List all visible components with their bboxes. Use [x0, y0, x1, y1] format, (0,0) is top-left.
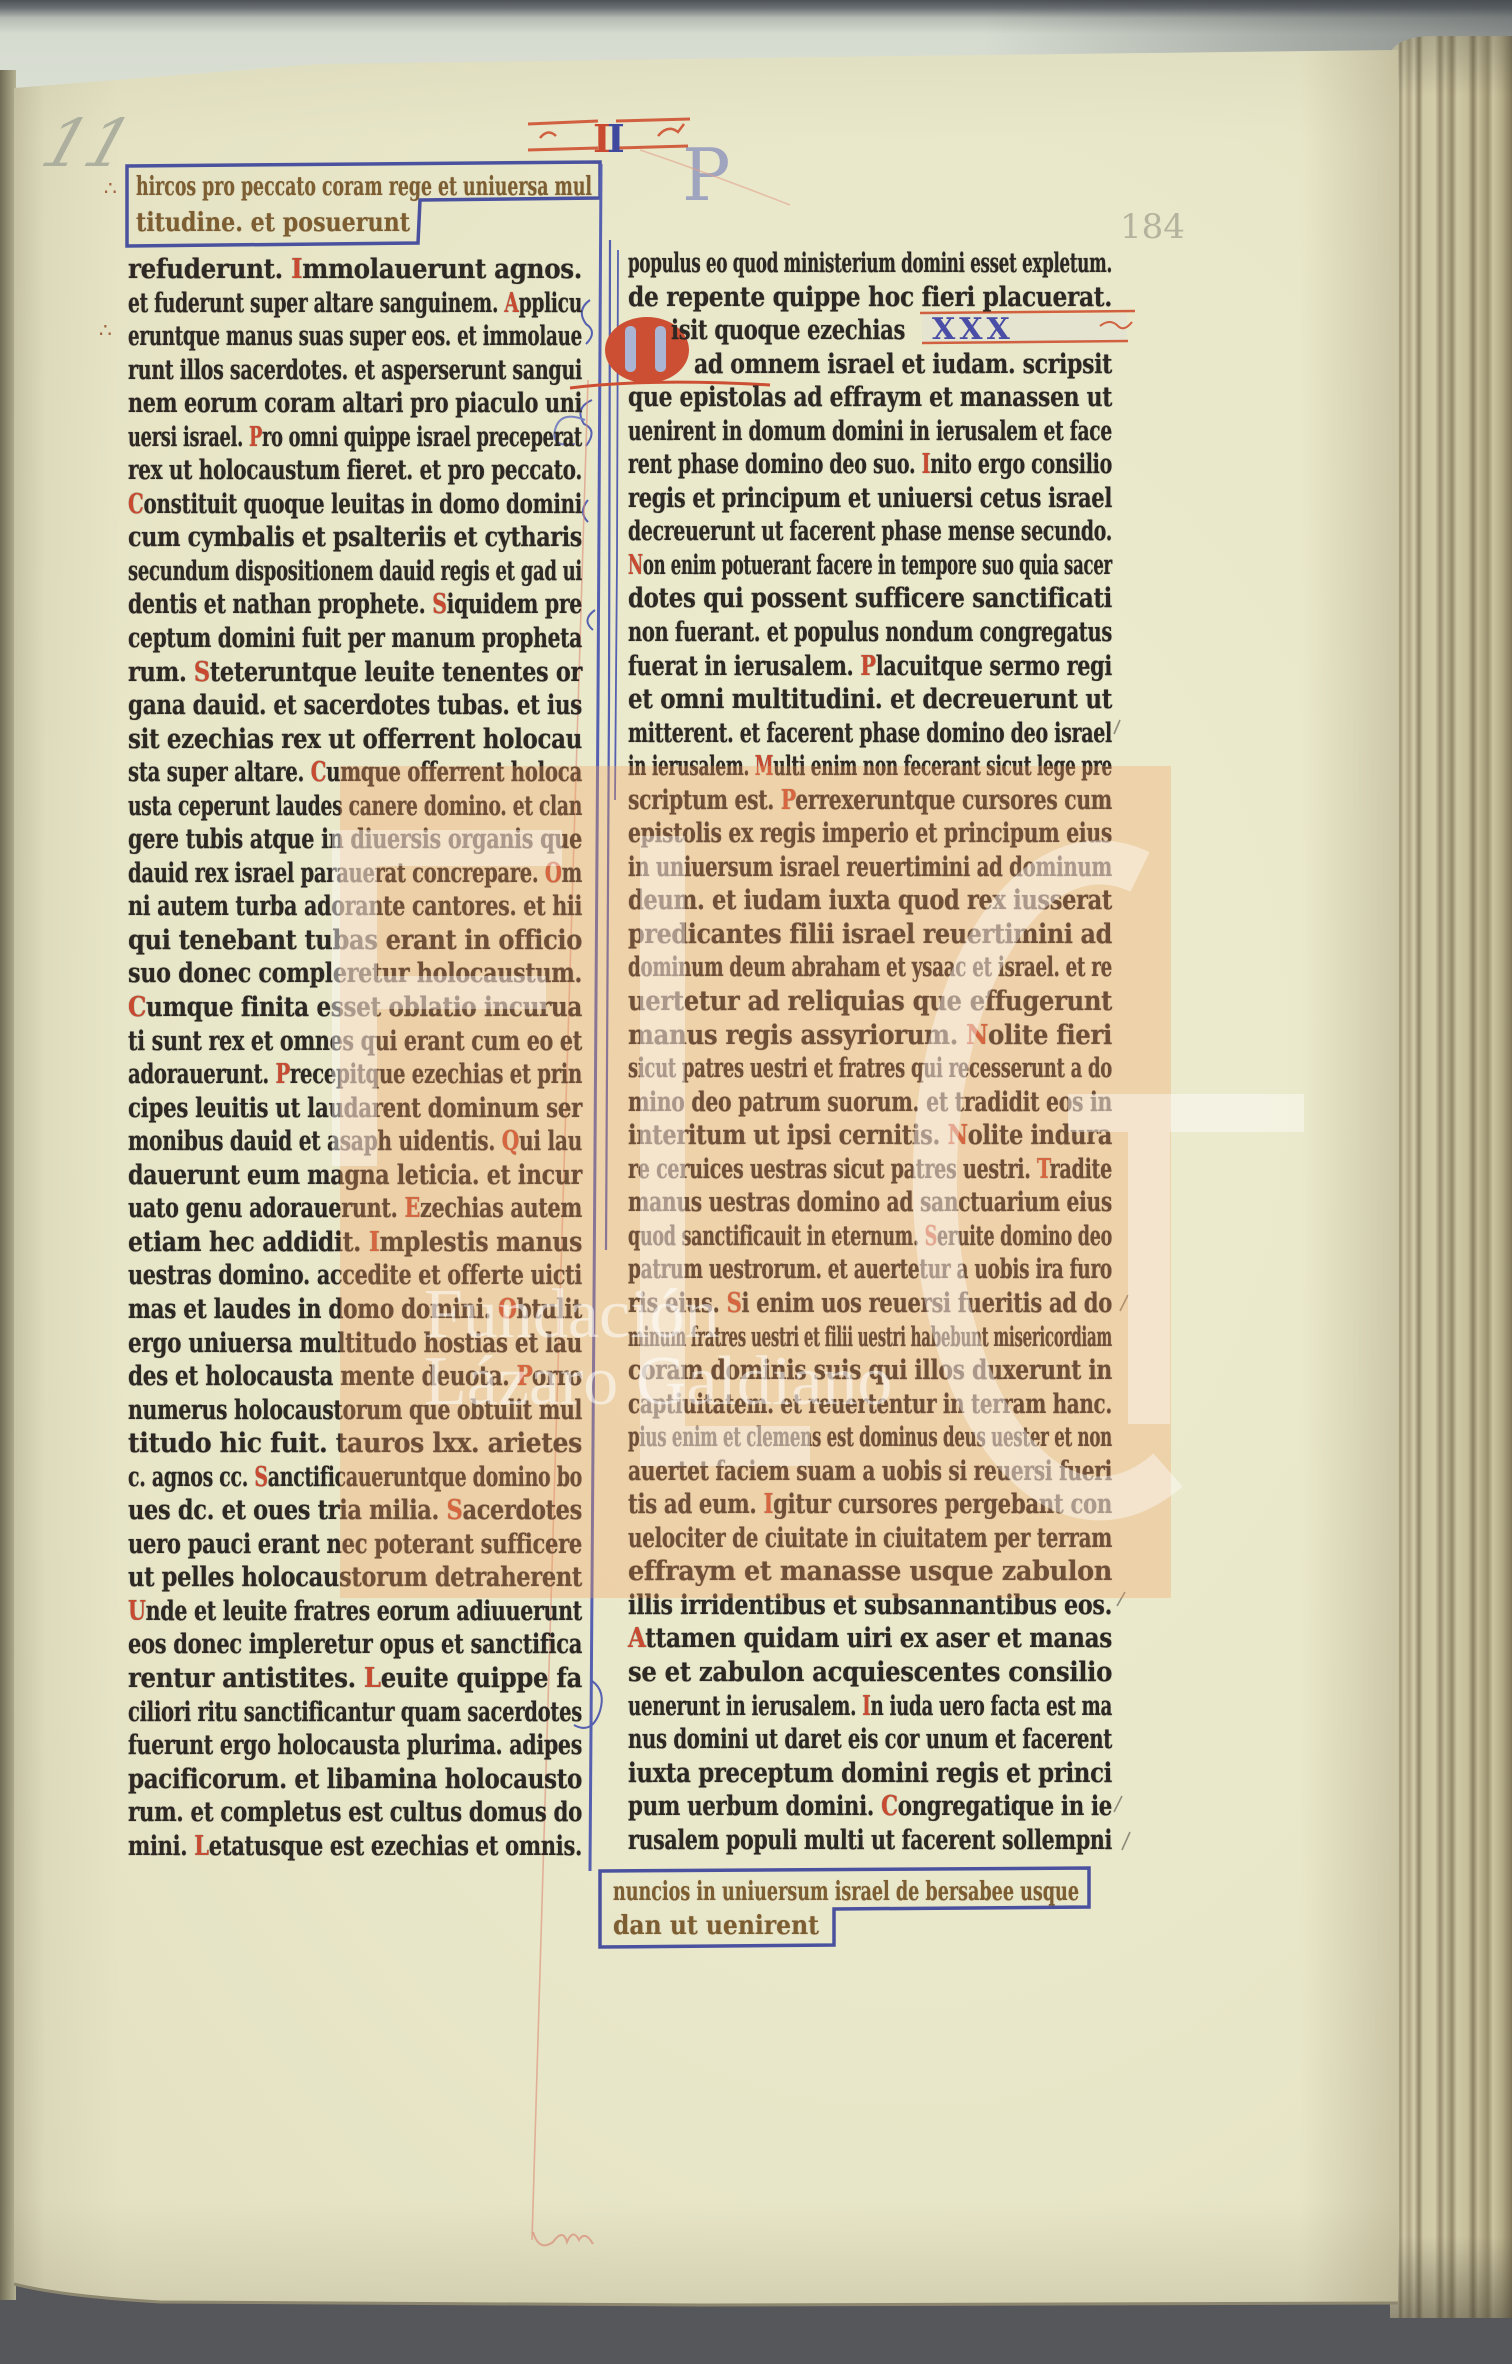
line-text: in uniuersum israel reuertimini ad domin… — [628, 851, 1112, 885]
top-insertion-line-1: hircos pro peccato coram rege et uniuers… — [136, 172, 592, 202]
text-line: re ceruices uestras sicut patres uestri.… — [628, 1153, 1112, 1187]
line-text: se et zabulon acquiescentes consilio — [628, 1656, 1112, 1690]
text-line: eos donec impleretur opus et sanctifica — [128, 1628, 582, 1662]
line-text: in ierusalem. Multi enim non fecerant si… — [628, 750, 1112, 784]
rubricated-letter: C — [881, 1791, 898, 1822]
text-line: uersi israel. Pro omni quippe israel pre… — [128, 421, 582, 455]
text-line: manus regis assyriorum. Nolite fieri — [628, 1019, 1112, 1053]
line-text: gere tubis atque in diuersis organis que — [128, 823, 582, 857]
rubricated-letter: P — [517, 1361, 532, 1392]
text-line: numerus holocaustorum que obtulit mul — [128, 1394, 582, 1428]
line-text: fuerunt ergo holocausta plurima. adipes — [128, 1729, 582, 1763]
rubricated-letter: M — [755, 751, 773, 782]
line-text: qui tenebant tubas erant in officio — [128, 924, 582, 958]
line-text: regis et principum et uniuersi cetus isr… — [628, 482, 1112, 516]
line-text: uero pauci erant nec poterant sufficere — [128, 1528, 582, 1562]
line-text: Non enim potuerant facere in tempore suo… — [628, 549, 1112, 583]
text-line: rent phase domino deo suo. Inito ergo co… — [628, 448, 1112, 482]
line-text: patrum uestrorum. et auertetur a uobis i… — [628, 1253, 1112, 1287]
line-text: de repente quippe hoc fieri placuerat. — [628, 281, 1112, 315]
text-line: runt illos sacerdotes. et asperserunt sa… — [128, 354, 582, 388]
text-line: in uniuersum israel reuertimini ad domin… — [628, 851, 1112, 885]
text-line: ceptum domini fuit per manum propheta — [128, 622, 582, 656]
bottom-insertion-line-1: nuncios in uniuersum israel de bersabee … — [613, 1877, 1079, 1907]
line-text: uertetur ad reliquias que effugerunt — [628, 985, 1112, 1019]
rubricated-letter: I — [291, 254, 302, 285]
rubricated-letter: C — [311, 757, 326, 788]
text-line: rum. et completus est cultus domus do — [128, 1796, 582, 1830]
rubricated-letter: S — [432, 589, 446, 620]
rubricated-letter: I — [763, 1489, 773, 1520]
line-text: pacificorum. et libamina holocausto — [128, 1763, 582, 1797]
line-text: monibus dauid et asaph uidentis. Qui lau — [128, 1125, 582, 1159]
line-text: dotes qui possent sufficere sanctificati — [628, 582, 1112, 616]
line-text: epistolis ex regis imperio et principum … — [628, 817, 1112, 851]
text-line: non fuerant. et populus nondum congregat… — [628, 616, 1112, 650]
line-text: ni autem turba adorante cantores. et hii — [128, 890, 582, 924]
line-text: rentur antistites. Leuite quippe fa — [128, 1662, 582, 1696]
line-text: minum fratres uestri et filii uestri hab… — [628, 1321, 1112, 1355]
line-text: gana dauid. et sacerdotes tubas. et ius — [128, 689, 582, 723]
line-text: nus domini ut daret eis cor unum et face… — [628, 1723, 1112, 1757]
line-text: re ceruices uestras sicut patres uestri.… — [628, 1153, 1112, 1187]
line-text: fuerat in ierusalem. Placuitque sermo re… — [628, 650, 1112, 684]
line-text: ergo uniuersa multitudo hostias et lau — [128, 1327, 582, 1361]
rubricated-letter: C — [128, 489, 144, 520]
line-text: deum. et iudam iuxta quod rex iusserat — [628, 884, 1112, 918]
line-text: captiuitatem. et reuertentur in terram h… — [628, 1388, 1112, 1422]
line-text: cipes leuitis ut laudarent dominum ser — [128, 1092, 582, 1126]
line-text: manus uestras domino ad sanctuarium eius — [628, 1186, 1112, 1220]
line-text: refuderunt. Immolauerunt agnos. — [128, 253, 582, 287]
line-text: rent phase domino deo suo. Inito ergo co… — [628, 448, 1112, 482]
line-text: scriptum est. Perrexeruntque cursores cu… — [628, 784, 1112, 818]
line-filler-marks — [1114, 720, 1130, 1850]
rubricated-letter: N — [966, 1020, 988, 1051]
line-text: tis ad eum. Igitur cursores pergebant co… — [628, 1488, 1112, 1522]
line-text: Unde et leuite fratres eorum adiuuerunt — [128, 1595, 582, 1629]
line-text: dominum deum abraham et ysaac et israel.… — [628, 951, 1112, 985]
text-line: uenirent in domum domini in ierusalem et… — [628, 415, 1112, 449]
text-line: suo donec compleretur holocaustum. — [128, 957, 582, 991]
rubricated-letter: L — [364, 1663, 381, 1694]
insertion-mark-box: ∴ — [104, 176, 117, 200]
line-text: sicut patres uestri et fratres qui reces… — [628, 1052, 1112, 1086]
text-line: Cumque finita esset oblatio incurua — [128, 991, 582, 1025]
line-text: ut pelles holocaustorum detraherent — [128, 1561, 582, 1595]
line-text: ues dc. et oues tria milia. Sacerdotes — [128, 1494, 582, 1528]
top-insertion-line-2: titudine. et posuerunt — [136, 208, 410, 238]
line-text: ciliori ritu sanctificantur quam sacerdo… — [128, 1696, 582, 1730]
line-text: decreuerunt ut facerent phase mense secu… — [628, 515, 1112, 549]
rubricated-letter: L — [194, 1831, 208, 1862]
line-text: manus regis assyriorum. Nolite fieri — [628, 1019, 1112, 1053]
text-line: nus domini ut daret eis cor unum et face… — [628, 1723, 1112, 1757]
line-text: adorauerunt. Precepitque ezechias et pri… — [128, 1058, 582, 1092]
text-line: dauerunt eum magna leticia. et incur — [128, 1159, 582, 1193]
line-text: uelociter de ciuitate in ciuitatem per t… — [628, 1522, 1112, 1556]
line-text: ceptum domini fuit per manum propheta — [128, 622, 582, 656]
line-text: illis irridentibus et subsannantibus eos… — [628, 1589, 1112, 1623]
rubricated-letter: O — [498, 1294, 517, 1325]
text-line: auertet faciem suam a uobis si reuersi f… — [628, 1455, 1112, 1489]
line-text: predicantes filii israel reuertimini ad — [628, 918, 1112, 952]
header-faint-letter: P — [682, 133, 730, 217]
text-line: predicantes filii israel reuertimini ad — [628, 918, 1112, 952]
rubricated-letter: Q — [502, 1126, 519, 1157]
rubricated-letter: S — [194, 657, 210, 688]
text-line: coram dominis suis qui illos duxerunt in — [628, 1354, 1112, 1388]
text-line: gere tubis atque in diuersis organis que — [128, 823, 582, 857]
text-line: tis ad eum. Igitur cursores pergebant co… — [628, 1488, 1112, 1522]
rubricated-letter: S — [727, 1288, 742, 1319]
text-line: ues dc. et oues tria milia. Sacerdotes — [128, 1494, 582, 1528]
text-line: cum cymbalis et psalteriis et cytharis — [128, 521, 582, 555]
text-line: ni autem turba adorante cantores. et hii — [128, 890, 582, 924]
line-text: runt illos sacerdotes. et asperserunt sa… — [128, 354, 582, 388]
text-line: rentur antistites. Leuite quippe fa — [128, 1662, 582, 1696]
rubricated-letter: P — [249, 422, 262, 453]
pencil-folio-number: 184 — [1120, 207, 1185, 247]
line-text: Cumque finita esset oblatio incurua — [128, 991, 582, 1025]
text-line: qui tenebant tubas erant in officio — [128, 924, 582, 958]
text-line: sit ezechias rex ut offerrent holocau — [128, 723, 582, 757]
text-line: uertetur ad reliquias que effugerunt — [628, 985, 1112, 1019]
rubricated-letter: U — [128, 1596, 146, 1627]
rubricated-letter: P — [275, 1059, 289, 1090]
text-line: etiam hec addidit. Implestis manus — [128, 1226, 582, 1260]
line-text: rum. Steteruntque leuite tenentes or — [128, 656, 582, 690]
text-line: dominum deum abraham et ysaac et israel.… — [628, 951, 1112, 985]
text-line: mitterent. et facerent phase domino deo … — [628, 717, 1112, 751]
text-line: ciliori ritu sanctificantur quam sacerdo… — [128, 1696, 582, 1730]
line-text: et fuderunt super altare sanguinem. Appl… — [128, 287, 582, 321]
text-line: uelociter de ciuitate in ciuitatem per t… — [628, 1522, 1112, 1556]
text-line: Unde et leuite fratres eorum adiuuerunt — [128, 1595, 582, 1629]
line-text: uenirent in domum domini in ierusalem et… — [628, 415, 1112, 449]
text-line: rex ut holocaustum fieret. et pro peccat… — [128, 454, 582, 488]
rubricated-letter: A — [628, 1623, 645, 1654]
line-text: dentis et nathan prophete. Siquidem pre — [128, 588, 582, 622]
line-text: ris eius. Si enim uos reuersi fueritis a… — [628, 1287, 1112, 1321]
line-text: que epistolas ad effraym et manassen ut — [628, 381, 1112, 415]
line-text: mitterent. et facerent phase domino deo … — [628, 717, 1112, 751]
line-text: auertet faciem suam a uobis si reuersi f… — [628, 1455, 1112, 1489]
text-line: in ierusalem. Multi enim non fecerant si… — [628, 750, 1112, 784]
text-line: ris eius. Si enim uos reuersi fueritis a… — [628, 1287, 1112, 1321]
text-line: fuerunt ergo holocausta plurima. adipes — [128, 1729, 582, 1763]
text-line: que epistolas ad effraym et manassen ut — [628, 381, 1112, 415]
text-line: iuxta preceptum domini regis et princi — [628, 1757, 1112, 1791]
line-text: rusalem populi multi ut facerent sollemp… — [628, 1824, 1112, 1858]
text-line: titudo hic fuit. tauros lxx. arietes — [128, 1427, 582, 1461]
line-text: pum uerbum domini. Congregatique in ie — [628, 1790, 1112, 1824]
text-line: eruntque manus suas super eos. et immola… — [128, 320, 582, 354]
left-text-column: refuderunt. Immolauerunt agnos.et fuderu… — [128, 253, 582, 1863]
header-numeral-blue: I — [607, 116, 625, 161]
text-line: uato genu adorauerunt. Ezechias autem — [128, 1192, 582, 1226]
rubricated-letter: I — [922, 449, 931, 480]
text-line: refuderunt. Immolauerunt agnos. — [128, 253, 582, 287]
text-line: et omni multitudini. et decreuerunt ut — [628, 683, 1112, 717]
bottom-insertion-line-2: dan ut uenirent — [613, 1911, 819, 1941]
rubricated-letter: P — [781, 785, 795, 816]
line-text: etiam hec addidit. Implestis manus — [128, 1226, 582, 1260]
text-line: dentis et nathan prophete. Siquidem pre — [128, 588, 582, 622]
rubricated-letter: T — [1037, 1154, 1050, 1185]
text-line: Constituit quoque leuitas in domo domini — [128, 488, 582, 522]
line-text: coram dominis suis qui illos duxerunt in — [628, 1354, 1112, 1388]
text-line: ad omnem israel et iudam. scripsit — [628, 348, 1112, 382]
page-bottom-edge — [14, 2284, 1398, 2305]
text-line: captiuitatem. et reuertentur in terram h… — [628, 1388, 1112, 1422]
text-line: se et zabulon acquiescentes consilio — [628, 1656, 1112, 1690]
text-line: deum. et iudam iuxta quod rex iusserat — [628, 884, 1112, 918]
line-text: effraym et manasse usque zabulon — [628, 1555, 1112, 1589]
text-line: sta super altare. Cumque offerrent holoc… — [128, 756, 582, 790]
line-text: titudo hic fuit. tauros lxx. arietes — [128, 1427, 582, 1461]
line-text: populus eo quod ministerium domini esset… — [628, 247, 1112, 281]
text-line: dotes qui possent sufficere sanctificati — [628, 582, 1112, 616]
rubricated-letter: O — [545, 858, 562, 889]
line-text: numerus holocaustorum que obtulit mul — [128, 1394, 582, 1428]
text-line: populus eo quod ministerium domini esset… — [628, 247, 1112, 281]
line-text: des et holocausta mente deuota. Porro — [128, 1360, 582, 1394]
text-line: des et holocausta mente deuota. Porro — [128, 1360, 582, 1394]
text-line: fuerat in ierusalem. Placuitque sermo re… — [628, 650, 1112, 684]
line-text: uato genu adorauerunt. Ezechias autem — [128, 1192, 582, 1226]
line-text: non fuerant. et populus nondum congregat… — [628, 616, 1112, 650]
line-text: eruntque manus suas super eos. et immola… — [128, 320, 582, 354]
text-line: sicut patres uestri et fratres qui reces… — [628, 1052, 1112, 1086]
text-line: uenerunt in ierusalem. In iuda uero fact… — [628, 1690, 1112, 1724]
insertion-mark-text: ∴ — [99, 318, 112, 342]
line-text: rum. et completus est cultus domus do — [128, 1796, 582, 1830]
text-line: mas et laudes in domo domini. Obtulit — [128, 1293, 582, 1327]
line-text: dauid rex israel parauerat concrepare. O… — [128, 857, 582, 891]
line-text: interitum ut ipsi cernitis. Nolite indur… — [628, 1119, 1112, 1153]
text-line: decreuerunt ut facerent phase mense secu… — [628, 515, 1112, 549]
text-line: minum fratres uestri et filii uestri hab… — [628, 1321, 1112, 1355]
text-line: pum uerbum domini. Congregatique in ie — [628, 1790, 1112, 1824]
line-text: mas et laudes in domo domini. Obtulit — [128, 1293, 582, 1327]
text-line: patrum uestrorum. et auertetur a uobis i… — [628, 1253, 1112, 1287]
line-text: isit quoque ezechias — [671, 314, 905, 348]
line-text: uenerunt in ierusalem. In iuda uero fact… — [628, 1690, 1112, 1724]
rubricated-letter: P — [860, 651, 875, 682]
text-line: illis irridentibus et subsannantibus eos… — [628, 1589, 1112, 1623]
rubricated-letter: N — [947, 1120, 967, 1151]
text-line: manus uestras domino ad sanctuarium eius — [628, 1186, 1112, 1220]
text-line: effraym et manasse usque zabulon — [628, 1555, 1112, 1589]
rubricated-letter: C — [128, 992, 146, 1023]
text-line: interitum ut ipsi cernitis. Nolite indur… — [628, 1119, 1112, 1153]
text-line: gana dauid. et sacerdotes tubas. et ius — [128, 689, 582, 723]
text-line: ergo uniuersa multitudo hostias et lau — [128, 1327, 582, 1361]
text-line: nem eorum coram altari pro piaculo uni — [128, 387, 582, 421]
text-line: uero pauci erant nec poterant sufficere — [128, 1528, 582, 1562]
text-line: Non enim potuerant facere in tempore suo… — [628, 549, 1112, 583]
line-text: mini. Letatusque est ezechias et omnis. — [128, 1830, 582, 1864]
text-line: monibus dauid et asaph uidentis. Qui lau — [128, 1125, 582, 1159]
line-text: uestras domino. accedite et offerte uict… — [128, 1259, 582, 1293]
line-text: ti sunt rex et omnes qui erant cum eo et — [128, 1025, 582, 1059]
line-text: dauerunt eum magna leticia. et incur — [128, 1159, 582, 1193]
line-text: c. agnos cc. Sanctificaueruntque domino … — [128, 1461, 582, 1495]
line-text: nem eorum coram altari pro piaculo uni — [128, 387, 582, 421]
rubricated-letter: S — [254, 1462, 267, 1493]
line-text: mino deo patrum suorum. et tradidit eos … — [628, 1086, 1112, 1120]
text-line: mini. Letatusque est ezechias et omnis. — [128, 1830, 582, 1864]
text-line: dauid rex israel parauerat concrepare. O… — [128, 857, 582, 891]
rubricated-letter: N — [628, 550, 643, 581]
text-line: ut pelles holocaustorum detraherent — [128, 1561, 582, 1595]
line-text: quod sanctificauit in eternum. Seruite d… — [628, 1220, 1112, 1254]
line-text: eos donec impleretur opus et sanctifica — [128, 1628, 582, 1662]
text-line: mino deo patrum suorum. et tradidit eos … — [628, 1086, 1112, 1120]
right-text-column: populus eo quod ministerium domini esset… — [628, 247, 1112, 1857]
text-line: de repente quippe hoc fieri placuerat. — [628, 281, 1112, 315]
line-text: Attamen quidam uiri ex aser et manas — [628, 1622, 1112, 1656]
text-line: ti sunt rex et omnes qui erant cum eo et — [128, 1025, 582, 1059]
line-text: ad omnem israel et iudam. scripsit — [694, 348, 1112, 382]
rubricated-letter: A — [504, 288, 518, 319]
text-line: usta ceperunt laudes canere domino. et c… — [128, 790, 582, 824]
text-line: pacificorum. et libamina holocausto — [128, 1763, 582, 1797]
rubricated-letter: I — [862, 1691, 870, 1722]
text-line: rum. Steteruntque leuite tenentes or — [128, 656, 582, 690]
rubricated-letter: S — [925, 1221, 937, 1252]
line-text: sta super altare. Cumque offerrent holoc… — [128, 756, 582, 790]
text-line: cipes leuitis ut laudarent dominum ser — [128, 1092, 582, 1126]
rubricated-letter: E — [404, 1193, 419, 1224]
line-text: usta ceperunt laudes canere domino. et c… — [128, 790, 582, 824]
line-text: Constituit quoque leuitas in domo domini — [128, 488, 582, 522]
red-margin-scribble — [533, 2232, 593, 2245]
line-text: cum cymbalis et psalteriis et cytharis — [128, 521, 582, 555]
text-line: Attamen quidam uiri ex aser et manas — [628, 1622, 1112, 1656]
text-line: regis et principum et uniuersi cetus isr… — [628, 482, 1112, 516]
text-line: scriptum est. Perrexeruntque cursores cu… — [628, 784, 1112, 818]
rubricated-letter: S — [447, 1495, 463, 1526]
line-text: uersi israel. Pro omni quippe israel pre… — [128, 421, 582, 455]
line-text: suo donec compleretur holocaustum. — [128, 957, 582, 991]
text-line: epistolis ex regis imperio et principum … — [628, 817, 1112, 851]
text-line: isit quoque ezechias — [628, 314, 1112, 348]
text-line: secundum dispositionem dauid regis et ga… — [128, 555, 582, 589]
text-line: adorauerunt. Precepitque ezechias et pri… — [128, 1058, 582, 1092]
line-text: et omni multitudini. et decreuerunt ut — [628, 683, 1112, 717]
rubricated-letter: I — [369, 1227, 380, 1258]
line-text: iuxta preceptum domini regis et princi — [628, 1757, 1112, 1791]
text-line: et fuderunt super altare sanguinem. Appl… — [128, 287, 582, 321]
line-text: pius enim et clemens est dominus deus ue… — [628, 1421, 1112, 1455]
line-text: sit ezechias rex ut offerrent holocau — [128, 723, 582, 757]
text-line: uestras domino. accedite et offerte uict… — [128, 1259, 582, 1293]
text-line: pius enim et clemens est dominus deus ue… — [628, 1421, 1112, 1455]
text-line: c. agnos cc. Sanctificaueruntque domino … — [128, 1461, 582, 1495]
text-line: quod sanctificauit in eternum. Seruite d… — [628, 1220, 1112, 1254]
line-text: secundum dispositionem dauid regis et ga… — [128, 555, 582, 589]
line-text: rex ut holocaustum fieret. et pro peccat… — [128, 454, 582, 488]
text-line: rusalem populi multi ut facerent sollemp… — [628, 1824, 1112, 1858]
